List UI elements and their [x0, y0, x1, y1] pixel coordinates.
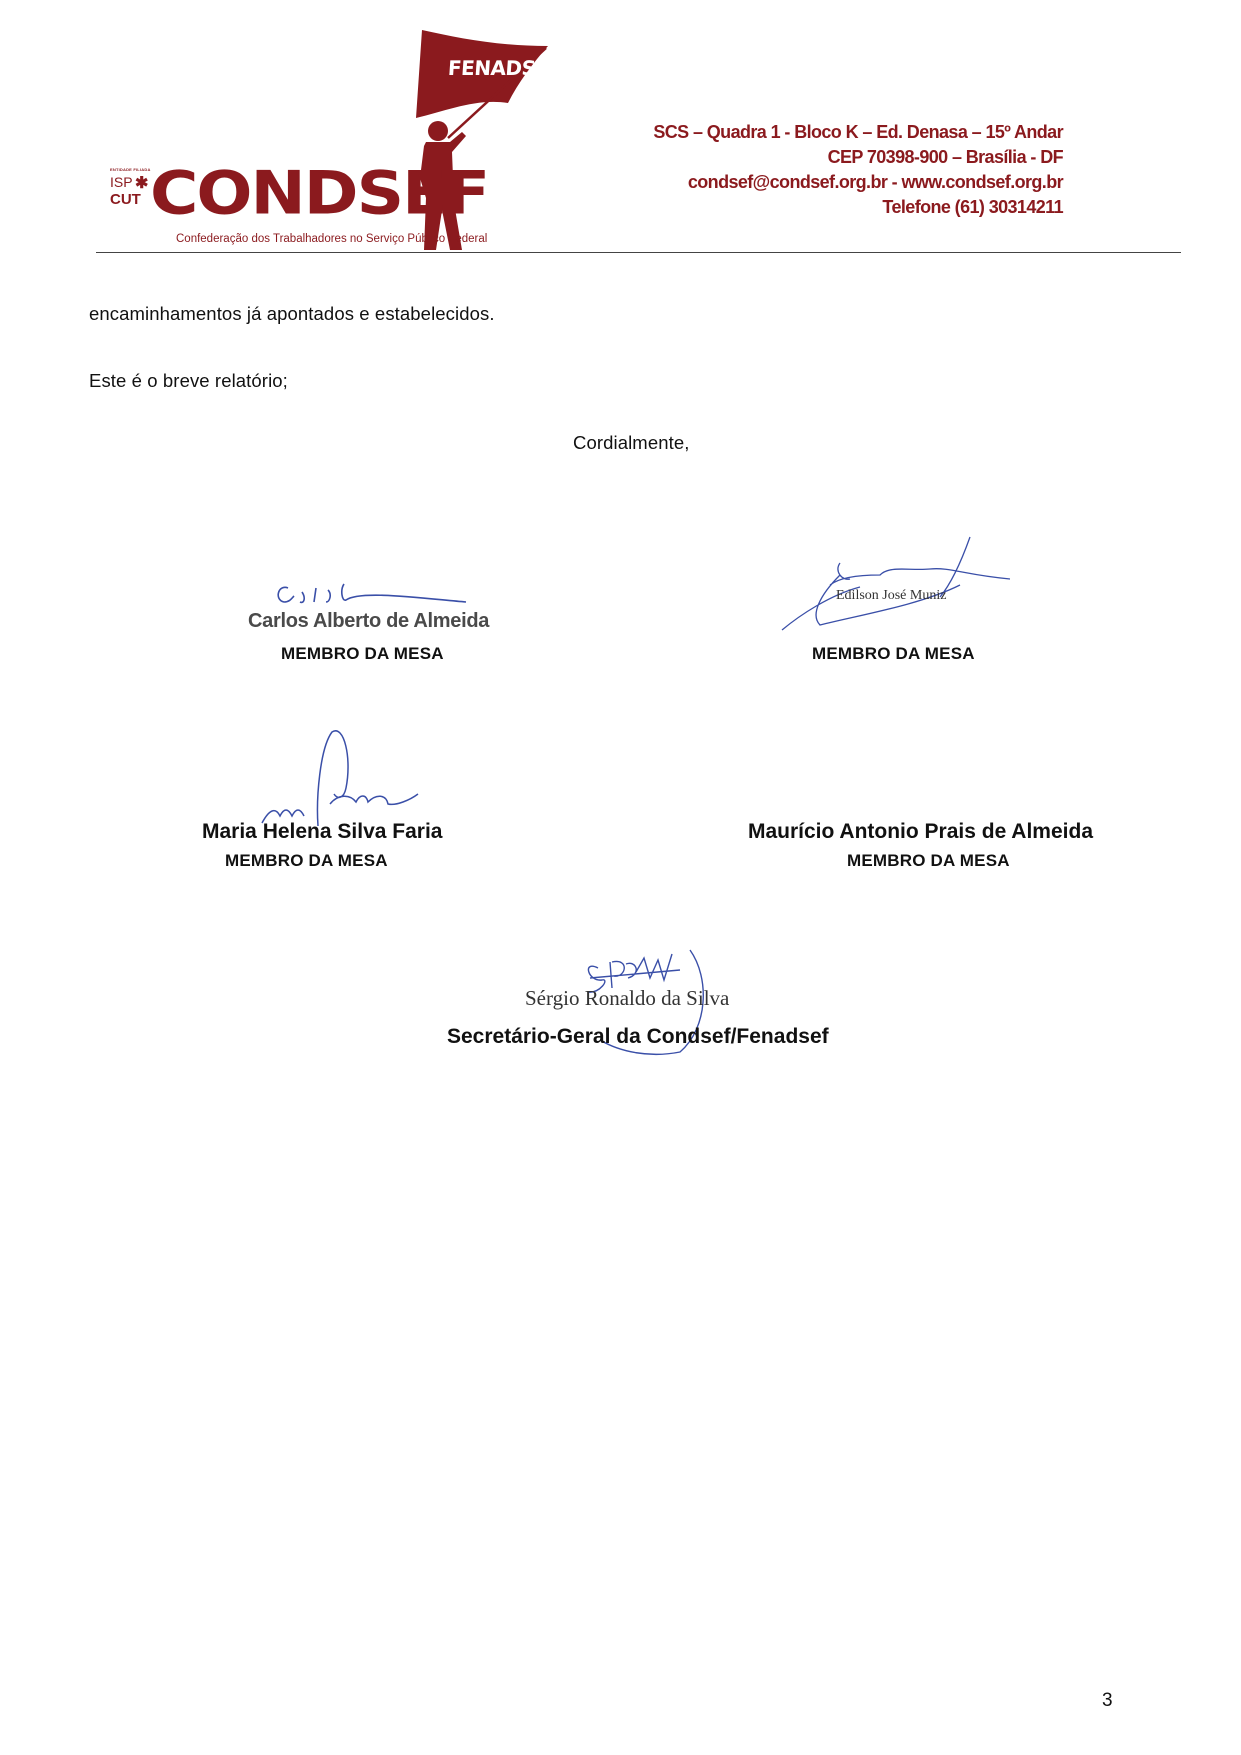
- address-block: SCS – Quadra 1 - Bloco K – Ed. Denasa – …: [653, 120, 1063, 220]
- address-line-cep: CEP 70398-900 – Brasília - DF: [653, 145, 1063, 170]
- signatory-role-maria: MEMBRO DA MESA: [225, 851, 388, 871]
- address-line-street: SCS – Quadra 1 - Bloco K – Ed. Denasa – …: [653, 120, 1063, 145]
- signatory-role-edilson: MEMBRO DA MESA: [812, 644, 975, 664]
- cut-label: CUT: [110, 191, 141, 208]
- signatory-name-carlos: Carlos Alberto de Almeida: [248, 610, 489, 633]
- signatory-name-edilson: Edilson José Muniz: [836, 588, 946, 604]
- isp-label: ISP: [110, 174, 133, 190]
- address-line-contact[interactable]: condsef@condsef.org.br - www.condsef.org…: [653, 170, 1063, 195]
- signature-maria-scribble: [260, 728, 420, 828]
- signatory-name-mauricio: Maurício Antonio Prais de Almeida: [748, 820, 1093, 844]
- signatory-name-sergio: Sérgio Ronaldo da Silva: [525, 986, 729, 1011]
- fenadsef-wordmark: FENADSEF: [447, 56, 563, 80]
- signatory-role-sergio: Secretário-Geral da Condsef/Fenadsef: [447, 1025, 829, 1049]
- signatory-role-mauricio: MEMBRO DA MESA: [847, 851, 1010, 871]
- signatory-role-carlos: MEMBRO DA MESA: [281, 644, 444, 664]
- page-number: 3: [1102, 1690, 1113, 1712]
- address-line-phone: Telefone (61) 30314211: [653, 195, 1063, 220]
- logo-subtitle: Confederação dos Trabalhadores no Serviç…: [176, 233, 487, 245]
- header-divider: [96, 252, 1181, 253]
- signatory-name-maria: Maria Helena Silva Faria: [202, 820, 442, 844]
- closing-salutation: Cordialmente,: [573, 432, 689, 454]
- signature-carlos-scribble: [270, 580, 470, 610]
- affiliation-label: ENTIDADE FILIADA: [110, 167, 151, 172]
- isp-cut-icon: ✱: [135, 173, 148, 193]
- signature-edilson-scribble: [780, 535, 1020, 635]
- paragraph-2: Este é o breve relatório;: [89, 370, 288, 392]
- condsef-wordmark: CONDSEF: [150, 164, 488, 223]
- paragraph-1: encaminhamentos já apontados e estabelec…: [89, 303, 495, 325]
- condsef-logo: FENADSEF ENTIDADE FILIADA ISP ✱ CUT COND…: [118, 28, 558, 253]
